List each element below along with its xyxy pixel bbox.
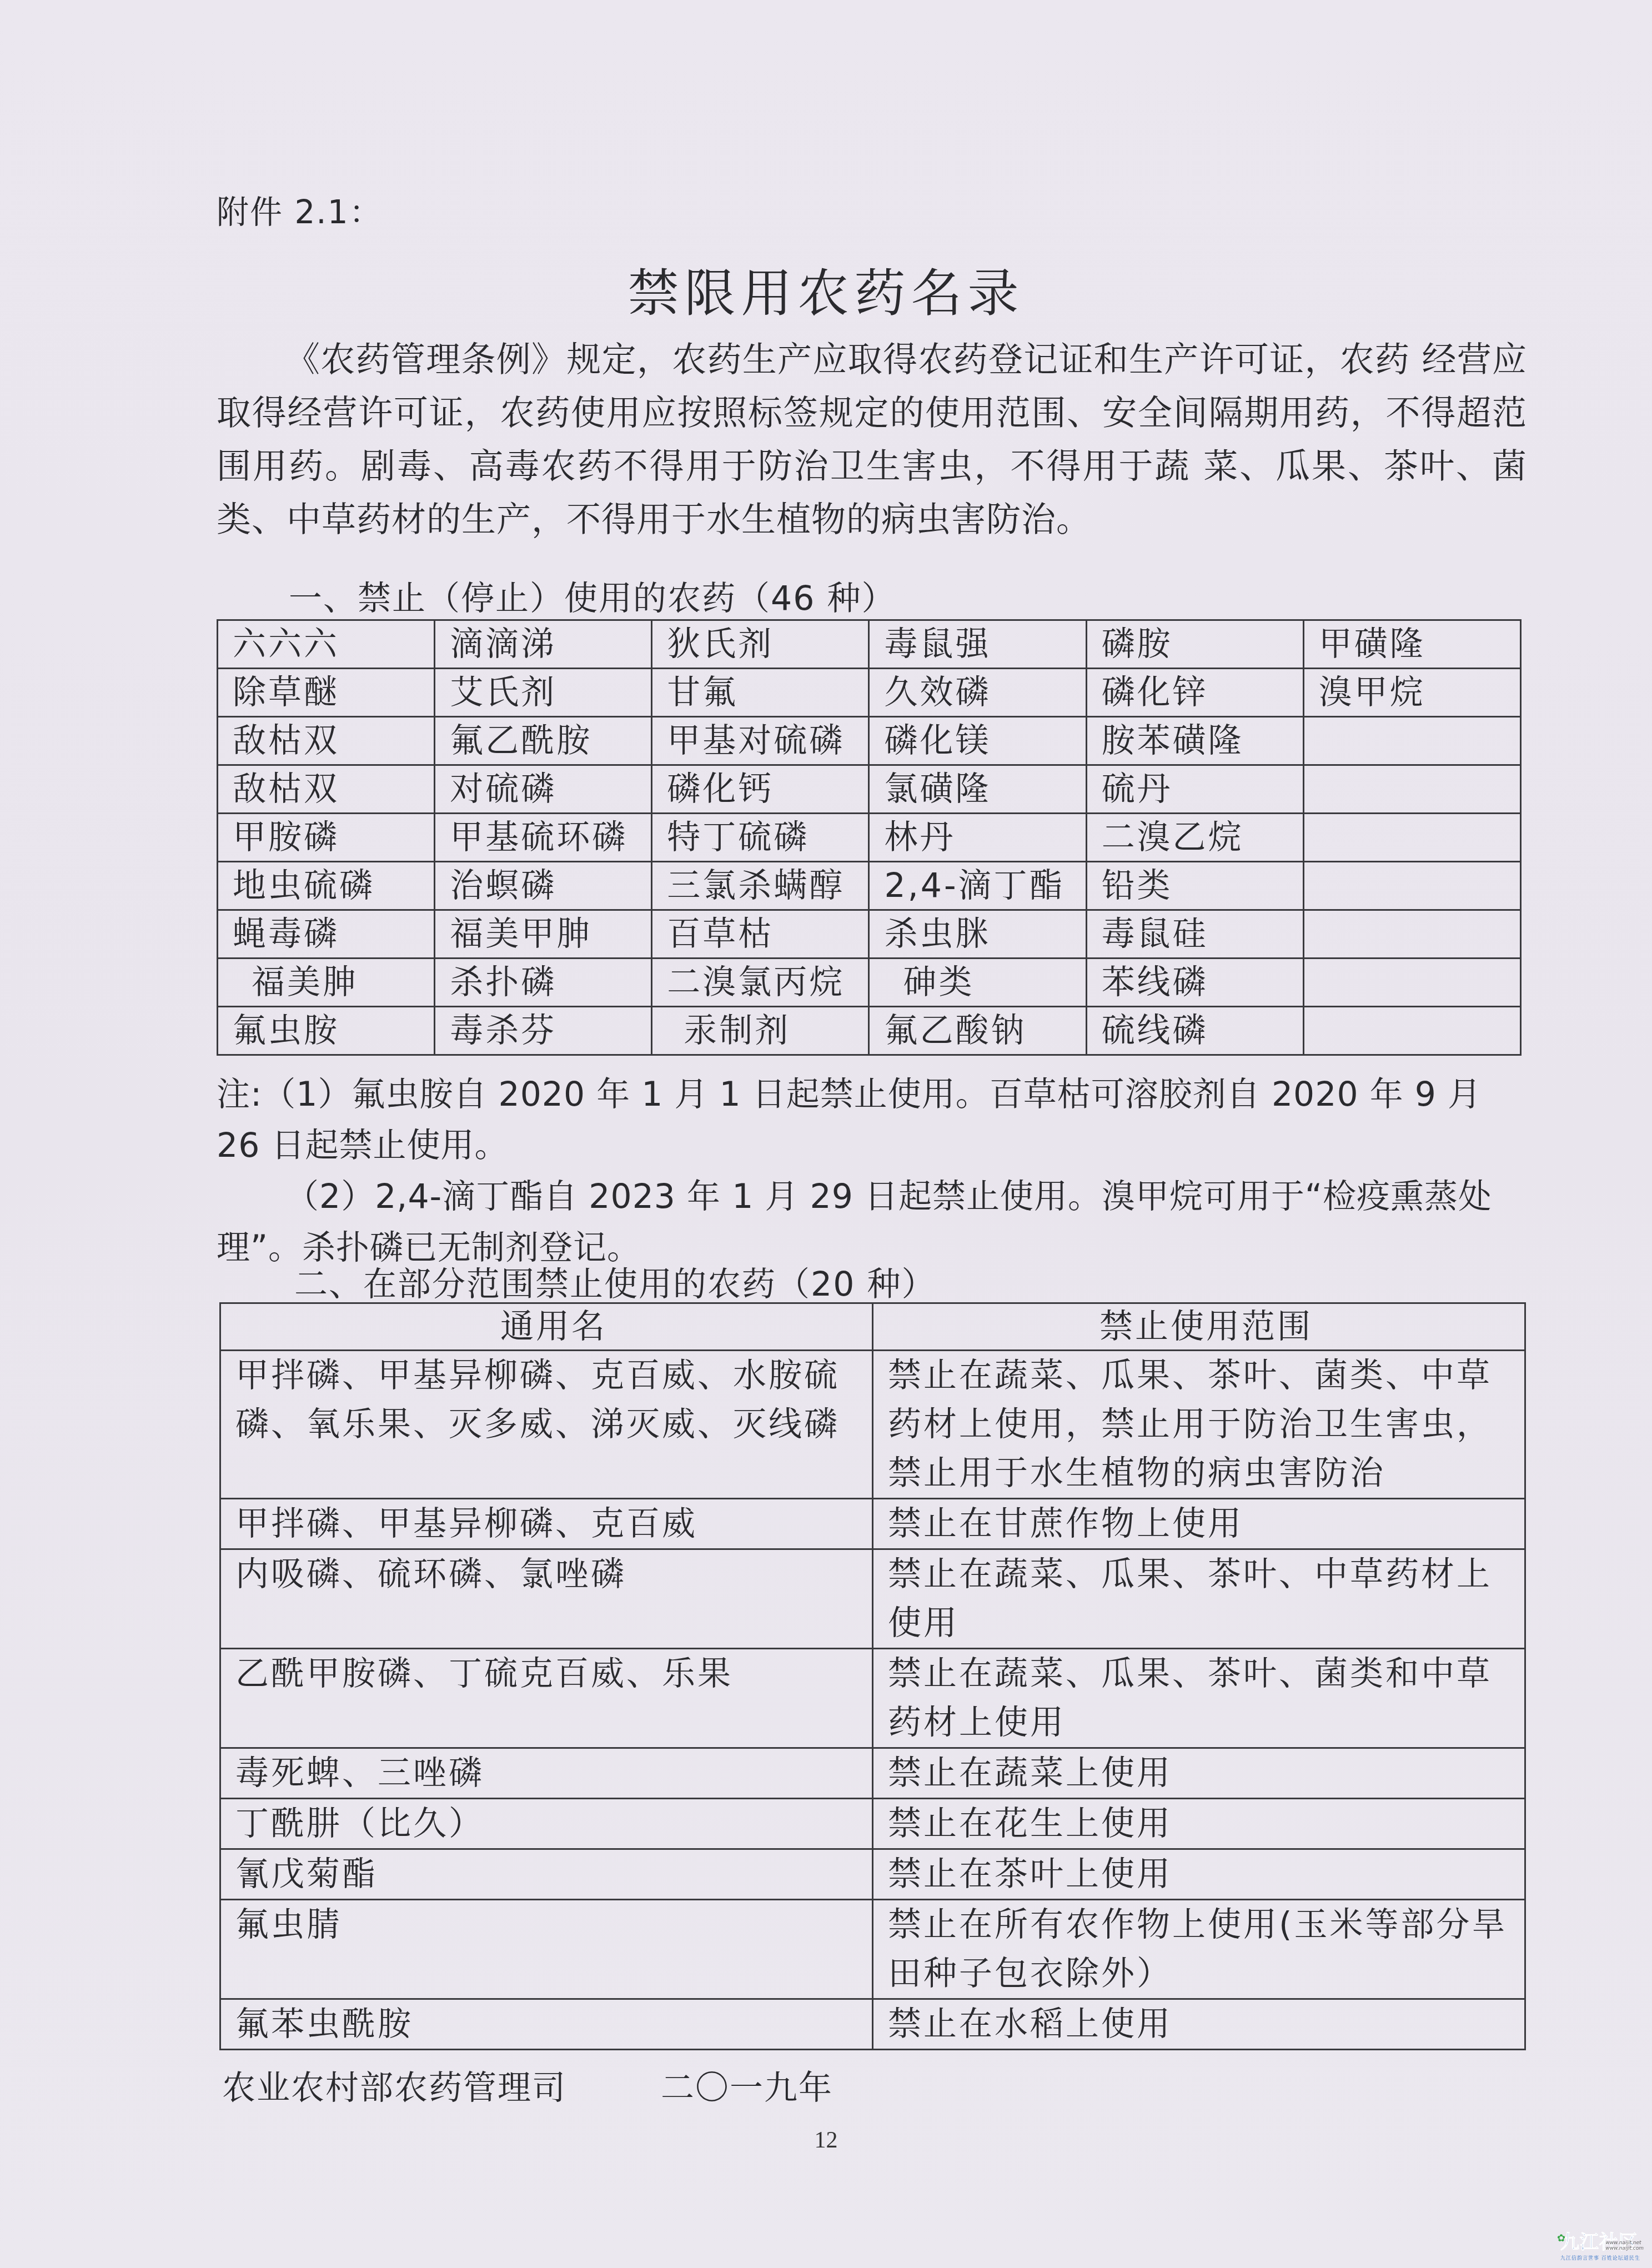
table-cell: 硫丹 [1086,765,1303,814]
table-cell: 艾氏剂 [435,669,652,717]
issuer-name: 农业农村部农药管理司 [222,2069,566,2108]
table-row: 甲拌磷、甲基异柳磷、克百威 禁止在甘蔗作物上使用 [220,1499,1525,1549]
table-cell: 蝇毒磷 [218,910,435,959]
watermark-url: www.naijit.com [1605,2246,1644,2251]
table-cell: 磷化锌 [1086,669,1303,717]
table-cell: 铅类 [1086,862,1303,910]
table-cell: 2,4-滴丁酯 [869,862,1086,910]
pesticide-name: 氟苯虫酰胺 [220,1999,873,2050]
table-cell: 地虫硫磷 [218,862,435,910]
table-cell: 治螟磷 [435,862,652,910]
table-cell: 氟虫胺 [218,1007,435,1055]
attachment-label: 附件 2.1： [217,186,383,233]
table-row: 内吸磷、硫环磷、氯唑磷 禁止在蔬菜、瓜果、茶叶、中草药材上使用 [220,1549,1525,1649]
table-cell: 磷胺 [1086,620,1303,669]
table-cell: 敌枯双 [218,765,435,814]
watermark-urls: www.naijit.net www.naijit.com [1605,2240,1644,2251]
pesticide-name: 甲拌磷、甲基异柳磷、克百威、水胺硫磷、氧乐果、灭多威、涕灭威、灭线磷 [220,1351,873,1499]
table-cell: 磷化镁 [869,717,1086,765]
table-cell [1303,910,1520,959]
prohibited-scope: 禁止在甘蔗作物上使用 [873,1499,1525,1549]
table-row: 六六六 滴滴涕 狄氏剂 毒鼠强 磷胺 甲磺隆 [218,620,1521,669]
table-cell: 甲胺磷 [218,814,435,862]
prohibited-scope: 禁止在茶叶上使用 [873,1849,1525,1900]
table-cell: 氯磺隆 [869,765,1086,814]
table-cell: 三氯杀螨醇 [652,862,869,910]
table-cell: 溴甲烷 [1303,669,1520,717]
table-cell: 对硫磷 [435,765,652,814]
table-cell: 滴滴涕 [435,620,652,669]
table-row: 蝇毒磷 福美甲胂 百草枯 杀虫脒 毒鼠硅 [218,910,1521,959]
banned-pesticides-table: 六六六 滴滴涕 狄氏剂 毒鼠强 磷胺 甲磺隆 除草醚 艾氏剂 甘氟 久效磷 磷化… [217,619,1522,1056]
note-1: 注:（1）氟虫胺自 2020 年 1 月 1 日起禁止使用。百草枯可溶胶剂自 2… [217,1069,1527,1171]
pesticide-name: 甲拌磷、甲基异柳磷、克百威 [220,1499,873,1549]
table-row: 氟虫胺 毒杀芬 汞制剂 氟乙酸钠 硫线磷 [218,1007,1521,1055]
table-row: 甲拌磷、甲基异柳磷、克百威、水胺硫磷、氧乐果、灭多威、涕灭威、灭线磷 禁止在蔬菜… [220,1351,1525,1499]
table-row: 地虫硫磷 治螟磷 三氯杀螨醇 2,4-滴丁酯 铅类 [218,862,1521,910]
table-cell: 磷化钙 [652,765,869,814]
prohibited-scope: 禁止在蔬菜上使用 [873,1748,1525,1799]
prohibited-scope: 禁止在水稻上使用 [873,1999,1525,2050]
flower-icon: ✿ [1557,2232,1565,2244]
table-row: 福美胂 杀扑磷 二溴氯丙烷 砷类 苯线磷 [218,959,1521,1007]
table-cell: 汞制剂 [652,1007,869,1055]
pesticide-name: 毒死蜱、三唑磷 [220,1748,873,1799]
table-cell: 杀扑磷 [435,959,652,1007]
pesticide-name: 氟虫腈 [220,1900,873,1999]
table-cell [1303,1007,1520,1055]
table-cell [1303,765,1520,814]
table-cell: 甲磺隆 [1303,620,1520,669]
table-cell [1303,717,1520,765]
table-cell: 氟乙酰胺 [435,717,652,765]
table-cell [1303,959,1520,1007]
table-cell: 砷类 [869,959,1086,1007]
table-cell: 甲基硫环磷 [435,814,652,862]
table-row: 毒死蜱、三唑磷 禁止在蔬菜上使用 [220,1748,1525,1799]
table-cell: 毒鼠硅 [1086,910,1303,959]
pesticide-name: 乙酰甲胺磷、丁硫克百威、乐果 [220,1649,873,1748]
site-watermark-logo: ✿ 九江社区 www.naijit.net www.naijit.com 九江信… [1560,2227,1644,2266]
table-cell: 久效磷 [869,669,1086,717]
table-cell: 杀虫脒 [869,910,1086,959]
column-header-prohibited-scope: 禁止使用范围 [873,1303,1525,1351]
table-cell: 敌枯双 [218,717,435,765]
table-cell: 林丹 [869,814,1086,862]
table-row: 敌枯双 氟乙酰胺 甲基对硫磷 磷化镁 胺苯磺隆 [218,717,1521,765]
prohibited-scope: 禁止在蔬菜、瓜果、茶叶、菌类、中草药材上使用，禁止用于防治卫生害虫，禁止用于水生… [873,1351,1525,1499]
table-cell: 除草醚 [218,669,435,717]
table-cell: 毒杀芬 [435,1007,652,1055]
prohibited-scope: 禁止在所有农作物上使用(玉米等部分旱田种子包衣除外） [873,1900,1525,1999]
prohibited-scope: 禁止在花生上使用 [873,1799,1525,1849]
prohibited-scope: 禁止在蔬菜、瓜果、茶叶、中草药材上使用 [873,1549,1525,1649]
table-row: 除草醚 艾氏剂 甘氟 久效磷 磷化锌 溴甲烷 [218,669,1521,717]
table-cell: 六六六 [218,620,435,669]
page-number: 12 [0,2127,1652,2154]
table-cell: 胺苯磺隆 [1086,717,1303,765]
table-row: 氰戊菊酯 禁止在茶叶上使用 [220,1849,1525,1900]
table-cell: 二溴乙烷 [1086,814,1303,862]
pesticide-name: 氰戊菊酯 [220,1849,873,1900]
table-cell: 狄氏剂 [652,620,869,669]
table-cell: 氟乙酸钠 [869,1007,1086,1055]
table-row: 氟苯虫酰胺 禁止在水稻上使用 [220,1999,1525,2050]
watermark-url: www.naijit.net [1605,2240,1644,2246]
table-row: 甲胺磷 甲基硫环磷 特丁硫磷 林丹 二溴乙烷 [218,814,1521,862]
table-cell [1303,814,1520,862]
table-cell: 二溴氯丙烷 [652,959,869,1007]
table-header-row: 通用名 禁止使用范围 [220,1303,1525,1351]
table-cell [1303,862,1520,910]
section2-heading: 二、在部分范围禁止使用的农药（20 种） [294,1258,936,1306]
issuer-signature: 农业农村部农药管理司二〇一九年 [222,2061,833,2109]
intro-paragraph: 《农药管理条例》规定，农药生产应取得农药登记证和生产许可证，农药 经营应取得经营… [217,333,1527,546]
table-row: 敌枯双 对硫磷 磷化钙 氯磺隆 硫丹 [218,765,1521,814]
document-title: 禁限用农药名录 [0,253,1652,326]
table-cell: 甲基对硫磷 [652,717,869,765]
table-cell: 特丁硫磷 [652,814,869,862]
table-row: 乙酰甲胺磷、丁硫克百威、乐果 禁止在蔬菜、瓜果、茶叶、菌类和中草药材上使用 [220,1649,1525,1748]
section1-notes: 注:（1）氟虫胺自 2020 年 1 月 1 日起禁止使用。百草枯可溶胶剂自 2… [217,1069,1527,1273]
watermark-tagline: 九江信韵言世事 百姓论坛道民生 [1560,2254,1644,2261]
table-cell: 福美胂 [218,959,435,1007]
table-cell: 百草枯 [652,910,869,959]
issue-year: 二〇一九年 [661,2069,833,2108]
table-row: 氟虫腈 禁止在所有农作物上使用(玉米等部分旱田种子包衣除外） [220,1900,1525,1999]
table-cell: 硫线磷 [1086,1007,1303,1055]
table-cell: 毒鼠强 [869,620,1086,669]
pesticide-name: 丁酰肼（比久） [220,1799,873,1849]
pesticide-name: 内吸磷、硫环磷、氯唑磷 [220,1549,873,1649]
section1-heading: 一、禁止（停止）使用的农药（46 种） [289,572,896,620]
column-header-common-name: 通用名 [220,1303,873,1351]
table-row: 丁酰肼（比久） 禁止在花生上使用 [220,1799,1525,1849]
scanned-page: 附件 2.1： 禁限用农药名录 《农药管理条例》规定，农药生产应取得农药登记证和… [0,0,1652,2268]
restricted-pesticides-table: 通用名 禁止使用范围 甲拌磷、甲基异柳磷、克百威、水胺硫磷、氧乐果、灭多威、涕灭… [219,1302,1526,2050]
table-cell: 福美甲胂 [435,910,652,959]
table-cell: 甘氟 [652,669,869,717]
table-cell: 苯线磷 [1086,959,1303,1007]
prohibited-scope: 禁止在蔬菜、瓜果、茶叶、菌类和中草药材上使用 [873,1649,1525,1748]
